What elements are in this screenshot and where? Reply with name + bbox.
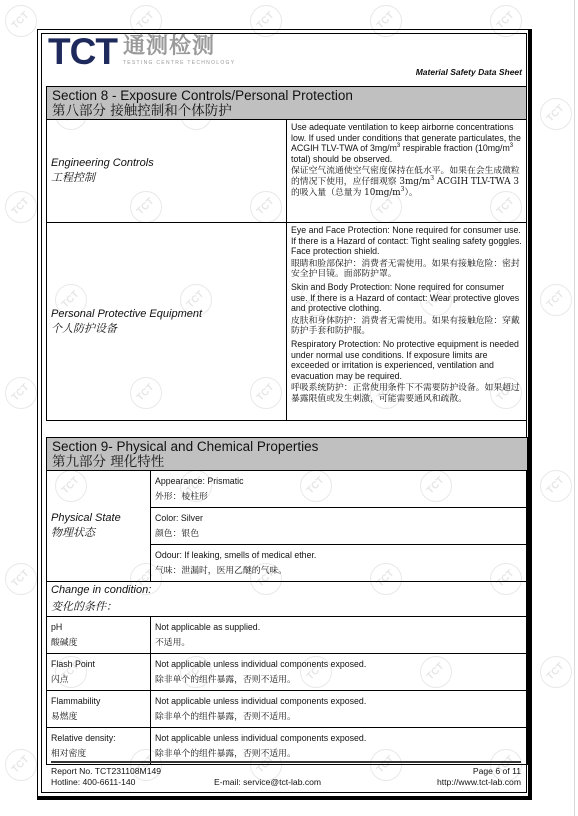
value-en: Odour: If leaking, smells of medical eth… [155,547,523,563]
appearance-cell: Appearance: Prismatic 外形：棱柱形 [151,471,528,508]
label-en: Change in condition: [51,583,523,598]
paragraph-cn: 眼睛和脸部保护：消费者无需使用。如果有接触危险：密封安全护目镜。面部防护罩。 [291,259,522,280]
paragraph-en: Use adequate ventilation to keep airborn… [291,122,522,164]
tct-seal-icon: TCT [540,656,572,688]
table-row: Physical State 物理状态 Appearance: Prismati… [47,471,528,508]
paragraph-cn: 保证空气流通使空气密度保持在低水平。如果在会生成微粒的情况下使用，应仔细观察 3… [291,166,522,198]
table-row: Engineering Controls 工程控制 Use adequate v… [47,120,527,223]
paragraph-cn: 皮肤和身体防护：消费者无需使用。如果有接触危险：穿戴防护手套和防护服。 [291,316,522,337]
tct-seal-icon: TCT [5,377,37,409]
property-label: Flash Point 闪点 [47,654,151,691]
property-label: Relative density: 相对密度 [47,728,151,765]
hotline: Hotline: 400-6611-140 [51,777,161,788]
value-cn: 外形：棱柱形 [155,489,523,505]
page-number: Page 6 of 11 [437,766,521,777]
paragraph-en: Skin and Body Protection: None required … [291,282,522,314]
paragraph-en: Respiratory Protection: No protective eq… [291,339,522,381]
section-title-cn: 第九部分 理化特性 [52,454,522,470]
value-en: Not applicable unless individual compone… [155,730,523,746]
label-en: Engineering Controls [51,156,282,170]
label-cn: 工程控制 [51,170,282,186]
label-cn: 变化的条件： [51,598,523,615]
table-row: Flash Point 闪点 Not applicable unless ind… [47,654,528,691]
label-en: pH [51,619,146,635]
tct-seal-icon: TCT [5,5,37,37]
table-row: pH 酸碱度 Not applicable as supplied. 不适用。 [47,617,528,654]
website-link[interactable]: http://www.tct-lab.com [437,777,521,788]
label-cn: 相对密度 [51,746,146,762]
value-en: Not applicable unless individual compone… [155,656,523,672]
row-content: Eye and Face Protection: None required f… [287,223,527,421]
table-row: Change in condition: 变化的条件： [47,582,528,617]
section-8-table: Section 8 - Exposure Controls/Personal P… [46,86,527,421]
section-9-table: Section 9- Physical and Chemical Propert… [46,437,528,765]
color-cell: Color: Silver 颜色：银色 [151,508,528,545]
label-cn: 物理状态 [51,525,146,541]
table-row: Relative density: 相对密度 Not applicable un… [47,728,528,765]
tct-seal-icon: TCT [540,284,572,316]
label-en: Relative density: [51,730,146,746]
logo-chinese: 通测检测 [123,34,235,60]
value-cn: 不适用。 [155,635,523,651]
value-cn: 除非单个的组件暴露，否则不适用。 [155,672,523,688]
label-en: Flash Point [51,656,146,672]
property-label: pH 酸碱度 [47,617,151,654]
value-cn: 颜色：银色 [155,526,523,542]
physical-state-label: Physical State 物理状态 [47,471,151,582]
property-value: Not applicable unless individual compone… [151,691,528,728]
label-en: Flammability [51,693,146,709]
row-content: Use adequate ventilation to keep airborn… [287,120,527,223]
label-cn: 酸碱度 [51,635,146,651]
property-value: Not applicable as supplied. 不适用。 [151,617,528,654]
label-cn: 个人防护设备 [51,321,282,337]
row-label: Personal Protective Equipment 个人防护设备 [47,223,287,421]
email[interactable]: E-mail: service@tct-lab.com [214,777,321,788]
tct-seal-icon: TCT [5,749,37,781]
value-cn: 除非单个的组件暴露，否则不适用。 [155,746,523,762]
value-cn: 除非单个的组件暴露，否则不适用。 [155,709,523,725]
row-label: Engineering Controls 工程控制 [47,120,287,223]
tct-seal-icon: TCT [5,191,37,223]
document-type: Material Safety Data Sheet [416,67,522,77]
logo-tagline: TESTING CENTRE TECHNOLOGY [123,60,235,67]
viewer-edge [574,0,575,816]
paragraph-en: Eye and Face Protection: None required f… [291,225,522,257]
logo-text: TCT [48,34,117,70]
label-cn: 闪点 [51,672,146,688]
tct-logo: TCT 通测检测 TESTING CENTRE TECHNOLOGY [48,34,235,70]
section-8-header: Section 8 - Exposure Controls/Personal P… [47,87,527,120]
table-row: Flammability 易燃度 Not applicable unless i… [47,691,528,728]
value-en: Not applicable unless individual compone… [155,693,523,709]
section-title-cn: 第八部分 接触控制和个体防护 [52,103,521,119]
report-number: Report No. TCT231108M149 [51,766,161,777]
value-en: Not applicable as supplied. [155,619,523,635]
value-cn: 气味：泄漏时，医用乙醚的气味。 [155,563,523,579]
odour-cell: Odour: If leaking, smells of medical eth… [151,545,528,582]
tct-seal-icon: TCT [540,470,572,502]
section-9-header: Section 9- Physical and Chemical Propert… [47,438,528,471]
value-en: Appearance: Prismatic [155,473,523,489]
label-en: Personal Protective Equipment [51,307,282,321]
tct-seal-icon: TCT [540,98,572,130]
label-en: Physical State [51,511,146,525]
property-value: Not applicable unless individual compone… [151,728,528,765]
section-title: Section 9- Physical and Chemical Propert… [52,439,522,454]
paragraph-cn: 呼吸系统防护：正常使用条件下不需要防护设备。如果超过暴露限值或发生刺激，可能需要… [291,383,522,404]
tct-seal-icon: TCT [5,563,37,595]
change-in-condition: Change in condition: 变化的条件： [47,582,528,617]
footer-divider [51,761,521,763]
property-label: Flammability 易燃度 [47,691,151,728]
table-row: Personal Protective Equipment 个人防护设备 Eye… [47,223,527,421]
section-title: Section 8 - Exposure Controls/Personal P… [52,88,521,103]
label-cn: 易燃度 [51,709,146,725]
property-value: Not applicable unless individual compone… [151,654,528,691]
value-en: Color: Silver [155,510,523,526]
